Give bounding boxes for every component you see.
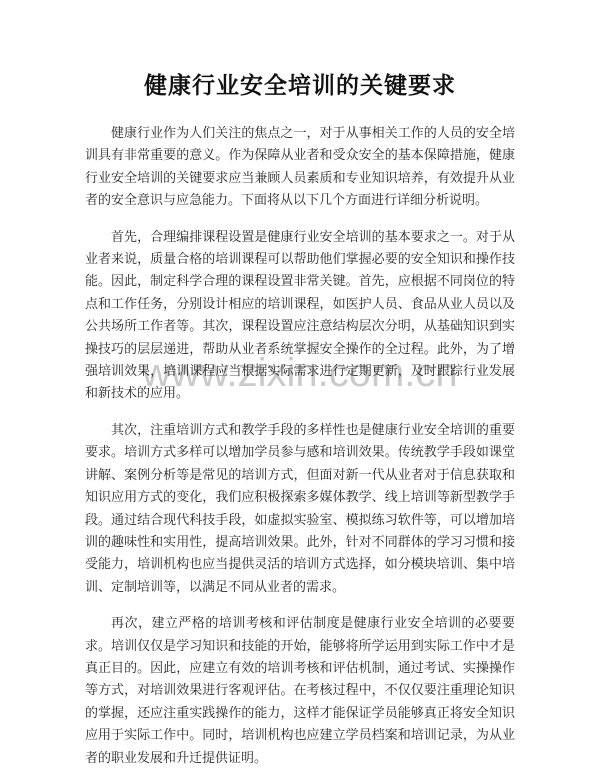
document-body: 健康行业安全培训的关键要求 健康行业作为人们关注的焦点之一，对于从事相关工作的人… xyxy=(85,0,515,776)
paragraph-intro: 健康行业作为人们关注的焦点之一，对于从事相关工作的人员的安全培训具有非常重要的意… xyxy=(85,122,515,212)
document-title: 健康行业安全培训的关键要求 xyxy=(85,72,515,98)
paragraph-course-design: 首先，合理编排课程设置是健康行业安全培训的基本要求之一。对于从业者来说，质量合格… xyxy=(85,226,515,405)
paragraph-assessment: 再次，建立严格的培训考核和评估制度是健康行业安全培训的必要要求。培训仅仅是学习知… xyxy=(85,612,515,769)
document-page: www.zixin.com.cn 健康行业安全培训的关键要求 健康行业作为人们关… xyxy=(0,0,600,776)
paragraph-teaching-methods: 其次，注重培训方式和教学手段的多样性也是健康行业安全培训的重要要求。培训方式多样… xyxy=(85,419,515,598)
